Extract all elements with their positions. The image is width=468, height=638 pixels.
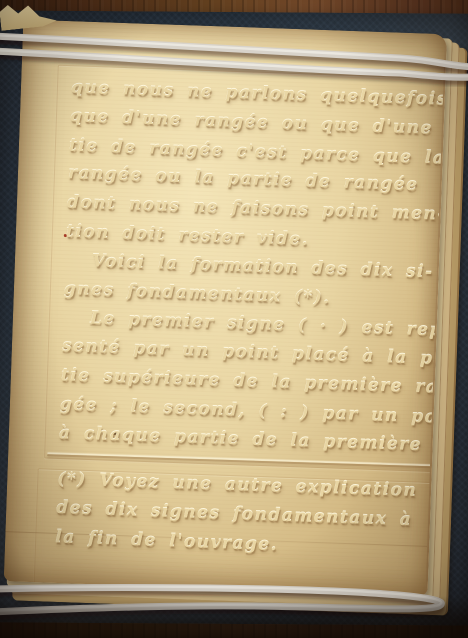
- photo-of-embossed-book-page: que nous ne parlons quelquefois que d'un…: [0, 0, 468, 638]
- binding-cords: [0, 0, 468, 638]
- bottom-shadow: [0, 596, 468, 638]
